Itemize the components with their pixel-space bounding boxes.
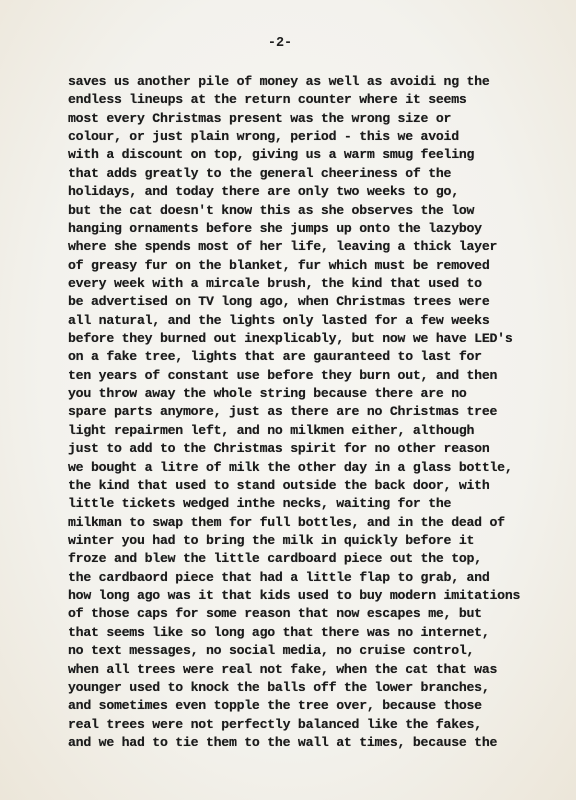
text-line: endless lineups at the return counter wh…: [68, 91, 520, 109]
text-line: and sometimes even topple the tree over,…: [68, 697, 520, 715]
text-line: light repairmen left, and no milkmen eit…: [68, 422, 520, 440]
text-line: saves us another pile of money as well a…: [68, 73, 520, 91]
text-line: winter you had to bring the milk in quic…: [68, 532, 520, 550]
text-line: froze and blew the little cardboard piec…: [68, 550, 520, 568]
text-line: where she spends most of her life, leavi…: [68, 238, 520, 256]
text-line: just to add to the Christmas spirit for …: [68, 440, 520, 458]
text-line: that seems like so long ago that there w…: [68, 624, 520, 642]
text-line: and we had to tie them to the wall at ti…: [68, 734, 520, 752]
text-line: ten years of constant use before they bu…: [68, 367, 520, 385]
text-line: on a fake tree, lights that are gaurante…: [68, 348, 520, 366]
text-line: every week with a mircale brush, the kin…: [68, 275, 520, 293]
page-number: -2-: [0, 36, 560, 51]
text-line: most every Christmas present was the wro…: [68, 110, 520, 128]
text-line: how long ago was it that kids used to bu…: [68, 587, 520, 605]
text-line: but the cat doesn't know this as she obs…: [68, 202, 520, 220]
typewritten-page: -2- saves us another pile of money as we…: [0, 0, 576, 800]
text-line: with a discount on top, giving us a warm…: [68, 146, 520, 164]
text-line: milkman to swap them for full bottles, a…: [68, 514, 520, 532]
text-line: that adds greatly to the general cheerin…: [68, 165, 520, 183]
text-line: when all trees were real not fake, when …: [68, 661, 520, 679]
text-line: the cardbaord piece that had a little fl…: [68, 569, 520, 587]
text-line: we bought a litre of milk the other day …: [68, 459, 520, 477]
text-line: younger used to knock the balls off the …: [68, 679, 520, 697]
text-line: colour, or just plain wrong, period - th…: [68, 128, 520, 146]
text-line: little tickets wedged inthe necks, waiti…: [68, 495, 520, 513]
text-line: real trees were not perfectly balanced l…: [68, 716, 520, 734]
text-line: before they burned out inexplicably, but…: [68, 330, 520, 348]
text-line: be advertised on TV long ago, when Chris…: [68, 293, 520, 311]
body-text: saves us another pile of money as well a…: [68, 73, 520, 752]
text-line: all natural, and the lights only lasted …: [68, 312, 520, 330]
text-line: holidays, and today there are only two w…: [68, 183, 520, 201]
text-line: you throw away the whole string because …: [68, 385, 520, 403]
text-line: of greasy fur on the blanket, fur which …: [68, 257, 520, 275]
text-line: spare parts anymore, just as there are n…: [68, 403, 520, 421]
text-line: hanging ornaments before she jumps up on…: [68, 220, 520, 238]
text-line: of those caps for some reason that now e…: [68, 605, 520, 623]
text-line: the kind that used to stand outside the …: [68, 477, 520, 495]
text-line: no text messages, no social media, no cr…: [68, 642, 520, 660]
